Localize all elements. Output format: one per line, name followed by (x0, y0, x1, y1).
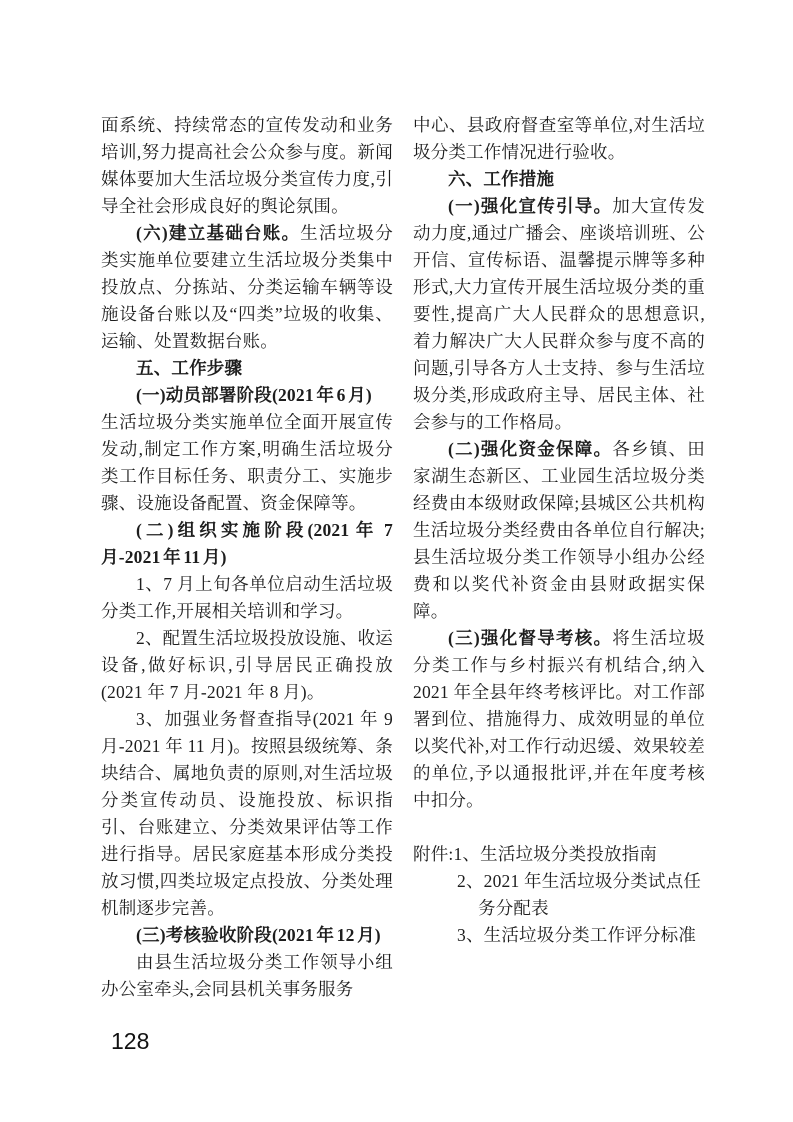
body-paragraph: 2、配置生活垃圾投放设施、收运设备,做好标识,引导居民正确投放(2021 年 7… (101, 625, 393, 706)
body-paragraph: (三)强化督导考核。将生活垃圾分类工作与乡村振兴有机结合,纳入 2021 年全县… (413, 625, 705, 814)
body-paragraph: 面系统、持续常态的宣传发动和业务培训,努力提高社会公众参与度。新闻媒体要加大生活… (101, 112, 393, 220)
stage-heading-2: (二)组织实施阶段(2021 年 7 月-2021 年 11 月) (101, 517, 393, 571)
attachments-label: 附件: (413, 844, 453, 864)
attachment-text: 1、生活垃圾分类投放指南 (453, 844, 657, 864)
paragraph-lead: (三)强化督导考核。 (448, 628, 612, 648)
paragraph-lead: (六)建立基础台账。 (136, 223, 300, 243)
text-columns: 面系统、持续常态的宣传发动和业务培训,努力提高社会公众参与度。新闻媒体要加大生活… (101, 112, 705, 1003)
attachment-item: 2、2021 年生活垃圾分类试点任务分配表 (413, 868, 705, 922)
body-paragraph: 3、加强业务督查指导(2021 年 9 月-2021 年 11 月)。按照县级统… (101, 706, 393, 922)
paragraph-text: 加大宣传发动力度,通过广播会、座谈培训班、公开信、宣传标语、温馨提示牌等多种形式… (413, 196, 705, 432)
body-paragraph: (二)强化资金保障。各乡镇、田家湖生态新区、工业园生活垃圾分类经费由本级财政保障… (413, 436, 705, 625)
paragraph-lead: (一)强化宣传引导。 (448, 196, 612, 216)
body-paragraph: 生活垃圾分类实施单位全面开展宣传发动,制定工作方案,明确生活垃圾分类工作目标任务… (101, 409, 393, 517)
attachments-list: 附件:1、生活垃圾分类投放指南 2、2021 年生活垃圾分类试点任务分配表 3、… (413, 841, 705, 949)
right-column: 中心、县政府督查室等单位,对生活垃圾分类工作情况进行验收。 六、工作措施 (一)… (413, 112, 705, 1003)
body-paragraph: 由县生活垃圾分类工作领导小组办公室牵头,会同县机关事务服务 (101, 949, 393, 1003)
section-heading-6: 六、工作措施 (413, 166, 705, 193)
body-paragraph: 中心、县政府督查室等单位,对生活垃圾分类工作情况进行验收。 (413, 112, 705, 166)
document-page: 面系统、持续常态的宣传发动和业务培训,努力提高社会公众参与度。新闻媒体要加大生活… (0, 0, 793, 1122)
body-paragraph: (六)建立基础台账。生活垃圾分类实施单位要建立生活垃圾分类集中投放点、分拣站、分… (101, 220, 393, 355)
body-paragraph: (一)强化宣传引导。加大宣传发动力度,通过广播会、座谈培训班、公开信、宣传标语、… (413, 193, 705, 436)
body-paragraph: 1、7 月上旬各单位启动生活垃圾分类工作,开展相关培训和学习。 (101, 571, 393, 625)
attachment-item: 3、生活垃圾分类工作评分标准 (413, 922, 705, 949)
stage-heading-1: (一)动员部署阶段(2021 年 6 月) (101, 382, 393, 409)
paragraph-lead: (二)强化资金保障。 (448, 439, 612, 459)
stage-heading-3: (三)考核验收阶段(2021 年 12 月) (101, 922, 393, 949)
page-number: 128 (111, 1028, 149, 1055)
paragraph-text: 各乡镇、田家湖生态新区、工业园生活垃圾分类经费由本级财政保障;县城区公共机构生活… (413, 439, 705, 621)
section-heading-5: 五、工作步骤 (101, 355, 393, 382)
paragraph-text: 将生活垃圾分类工作与乡村振兴有机结合,纳入 2021 年全县年终考核评比。对工作… (413, 628, 705, 810)
left-column: 面系统、持续常态的宣传发动和业务培训,努力提高社会公众参与度。新闻媒体要加大生活… (101, 112, 393, 1003)
attachment-item: 附件:1、生活垃圾分类投放指南 (413, 841, 705, 868)
